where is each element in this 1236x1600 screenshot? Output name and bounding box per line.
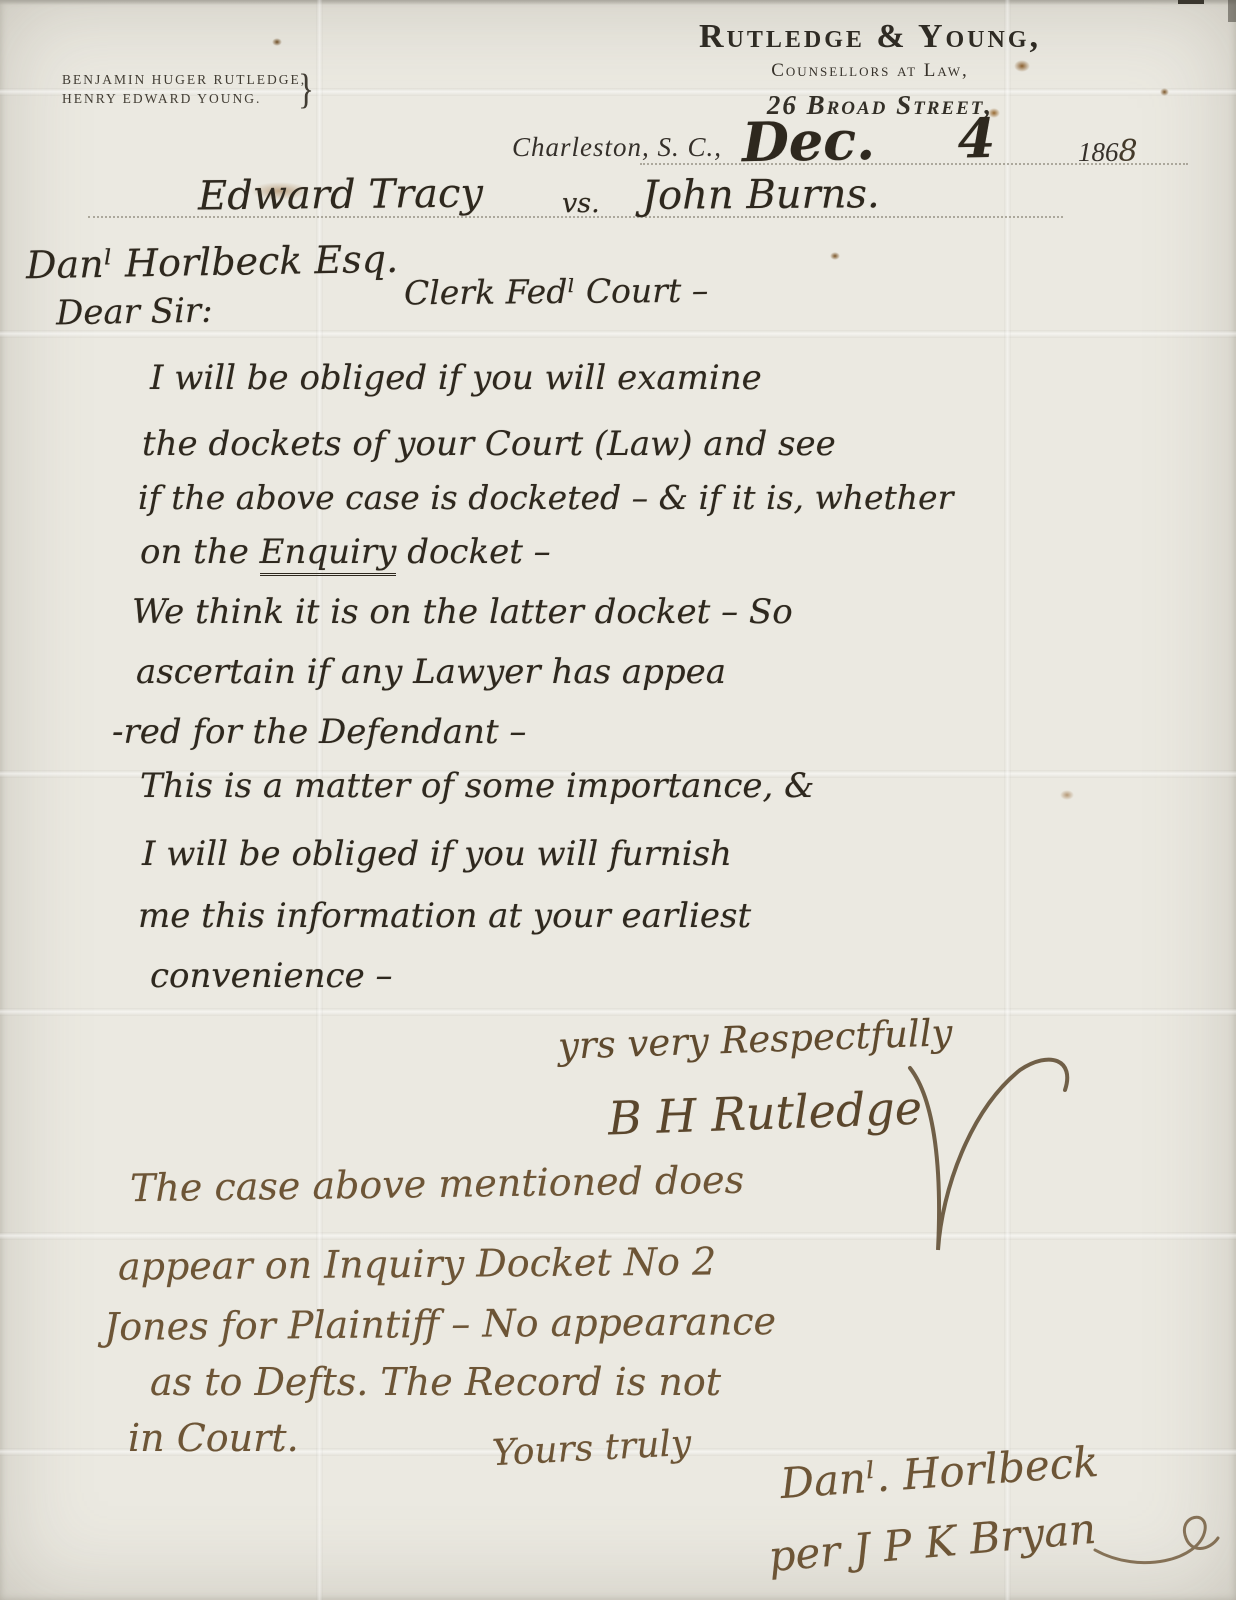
case-vs: vs.	[562, 188, 600, 219]
fold-crease	[0, 1008, 1236, 1016]
addressee: Danˡ Horlbeck Esq.	[26, 237, 399, 287]
salutation: Dear Sir:	[56, 291, 213, 334]
partner-name: HENRY EDWARD YOUNG.	[62, 89, 306, 108]
foxing-spot	[830, 252, 840, 260]
firm-title: Counsellors at Law,	[690, 60, 1050, 82]
body-line: I will be obliged if you will furnish	[142, 834, 732, 874]
fold-crease	[1004, 0, 1011, 1600]
body-line: -red for the Defendant –	[112, 712, 526, 752]
case-plaintiff: Edward Tracy	[198, 171, 483, 220]
signature-rutledge: B H Rutledge	[607, 1081, 923, 1146]
foxing-spot	[1060, 790, 1074, 800]
valediction: yrs very Respectfully	[557, 1011, 953, 1068]
year-printed: 186	[1078, 137, 1119, 167]
firm-name: Rutledge & Young,	[690, 18, 1050, 56]
addressee-title: Clerk Fedˡ Court –	[404, 271, 709, 313]
reply-line: as to Defts. The Record is not	[150, 1360, 721, 1404]
reply-valediction: Yours truly	[491, 1423, 692, 1474]
year-handwritten-digit: 8	[1119, 134, 1138, 169]
partner-name: BENJAMIN HUGER RUTLEDGE,	[62, 70, 306, 89]
body-line: the dockets of your Court (Law) and see	[142, 424, 836, 464]
reply-line: in Court.	[128, 1416, 299, 1460]
partners-brace: }	[298, 66, 314, 114]
scan-mark	[1228, 0, 1236, 22]
body-line: if the above case is docketed – & if it …	[138, 478, 953, 517]
body-line: convenience –	[150, 956, 393, 996]
body-line: We think it is on the latter docket – So	[132, 592, 793, 632]
foxing-spot	[272, 38, 282, 46]
handwritten-date: Dec. 4	[741, 106, 995, 174]
body-line: on the Enquiry docket –	[140, 532, 551, 572]
letter-page: BENJAMIN HUGER RUTLEDGE, HENRY EDWARD YO…	[0, 0, 1236, 1600]
reply-line: Jones for Plaintiff – No appearance	[104, 1299, 776, 1349]
body-line: ascertain if any Lawyer has appea	[136, 652, 726, 692]
body-line-suffix: docket –	[396, 532, 550, 572]
case-defendant: John Burns.	[642, 171, 880, 219]
scan-mark	[1178, 0, 1204, 4]
body-line-underlined-word: Enquiry	[260, 532, 397, 576]
reply-signature-flourish	[1090, 1490, 1220, 1580]
body-line: I will be obliged if you will examine	[150, 358, 762, 398]
body-line: This is a matter of some importance, &	[140, 766, 814, 806]
year: 1868	[1078, 134, 1138, 169]
body-line-prefix: on the	[140, 532, 260, 572]
body-line: me this information at your earliest	[138, 896, 751, 936]
fold-crease	[0, 1232, 1236, 1240]
signature-per-bryan: per J P K Bryan	[766, 1504, 1097, 1581]
letterhead-partner-names: BENJAMIN HUGER RUTLEDGE, HENRY EDWARD YO…	[62, 70, 306, 108]
reply-line: The case above mentioned does	[130, 1158, 745, 1211]
fold-crease	[0, 330, 1236, 338]
signature-horlbeck: Danˡ. Horlbeck	[779, 1437, 1100, 1508]
foxing-spot	[1160, 88, 1169, 96]
reply-line: appear on Inquiry Docket No 2	[118, 1239, 717, 1288]
scan-edge	[0, 0, 1236, 5]
